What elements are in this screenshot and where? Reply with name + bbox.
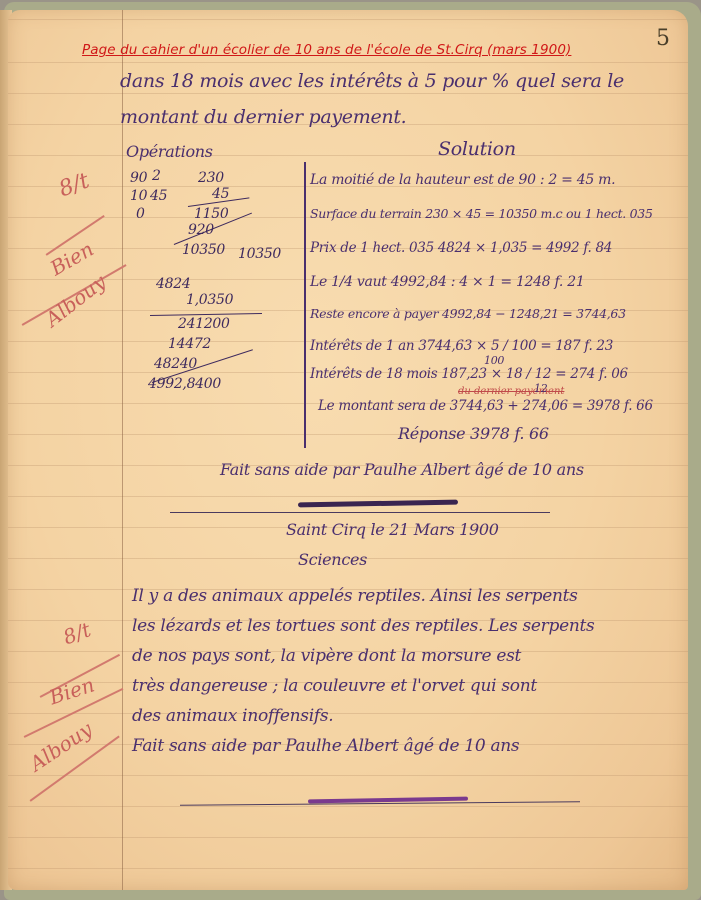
op-divisor: 2 <box>152 168 161 184</box>
problem-line-1: dans 18 mois avec les intérêts à 5 pour … <box>120 70 624 92</box>
sciences-line-3: de nos pays sont, la vipère dont la mors… <box>132 646 521 666</box>
sciences-line-4: très dangereuse ; la couleuvre et l'orve… <box>132 676 537 696</box>
notebook-page: Page du cahier d'un écolier de 10 ans de… <box>8 10 688 890</box>
solution-line-3: Prix de 1 hect. 035 4824 × 1,035 = 4992 … <box>310 240 612 256</box>
solution-line-5: Reste encore à payer 4992,84 − 1248,21 =… <box>310 306 626 321</box>
op-4824: 4824 <box>156 276 190 292</box>
op-230: 230 <box>198 170 224 186</box>
op-remainder-10: 10 <box>130 188 147 204</box>
operations-heading: Opérations <box>126 142 213 161</box>
signature-line-2: Fait sans aide par Paulhe Albert âgé de … <box>132 736 519 756</box>
sciences-line-1: Il y a des animaux appelés reptiles. Ain… <box>132 586 578 606</box>
problem-line-2: montant du dernier payement. <box>120 106 406 128</box>
op-product: 4992,8400 <box>148 376 221 392</box>
ruled-lines <box>8 10 688 890</box>
op-1150: 1150 <box>194 206 228 222</box>
sciences-line-2: les lézards et les tortues sont des rept… <box>132 616 594 636</box>
op-zero: 0 <box>136 206 145 222</box>
solution-line-1: La moitié de la hauteur est de 90 : 2 = … <box>310 172 615 188</box>
subject-heading: Sciences <box>298 550 367 569</box>
page-caption: Page du cahier d'un écolier de 10 ans de… <box>82 42 571 58</box>
separator-thin <box>170 512 550 513</box>
solution-line-4: Le 1/4 vaut 4992,84 : 4 × 1 = 1248 f. 21 <box>310 274 584 290</box>
margin-line <box>122 10 123 890</box>
op-14472: 14472 <box>168 336 211 352</box>
solution-line-8: Le montant sera de 3744,63 + 274,06 = 39… <box>318 398 653 414</box>
op-241200: 241200 <box>178 316 230 332</box>
solution-line-7: Intérêts de 18 mois 187,23 × 18 / 12 = 2… <box>310 366 628 382</box>
teacher-correction: du dernier payement <box>458 386 564 397</box>
op-dividend: 90 <box>130 170 147 186</box>
op-1-0350: 1,0350 <box>186 292 233 308</box>
op-10350-note: 10350 <box>238 246 281 262</box>
answer-line: Réponse 3978 f. 66 <box>398 424 549 443</box>
page-number: 5 <box>656 26 670 51</box>
dateline: Saint Cirq le 21 Mars 1900 <box>286 520 499 539</box>
op-quotient: 45 <box>150 188 167 204</box>
solution-divider <box>304 162 306 448</box>
signature-line-1: Fait sans aide par Paulhe Albert âgé de … <box>220 460 584 479</box>
solution-line-6: Intérêts de 1 an 3744,63 × 5 / 100 = 187… <box>310 338 613 354</box>
fraction-12: 12 <box>534 382 547 395</box>
op-10350: 10350 <box>182 242 225 258</box>
solution-heading: Solution <box>438 138 516 160</box>
sciences-line-5: des animaux inoffensifs. <box>132 706 333 726</box>
solution-line-2: Surface du terrain 230 × 45 = 10350 m.c … <box>310 206 653 221</box>
